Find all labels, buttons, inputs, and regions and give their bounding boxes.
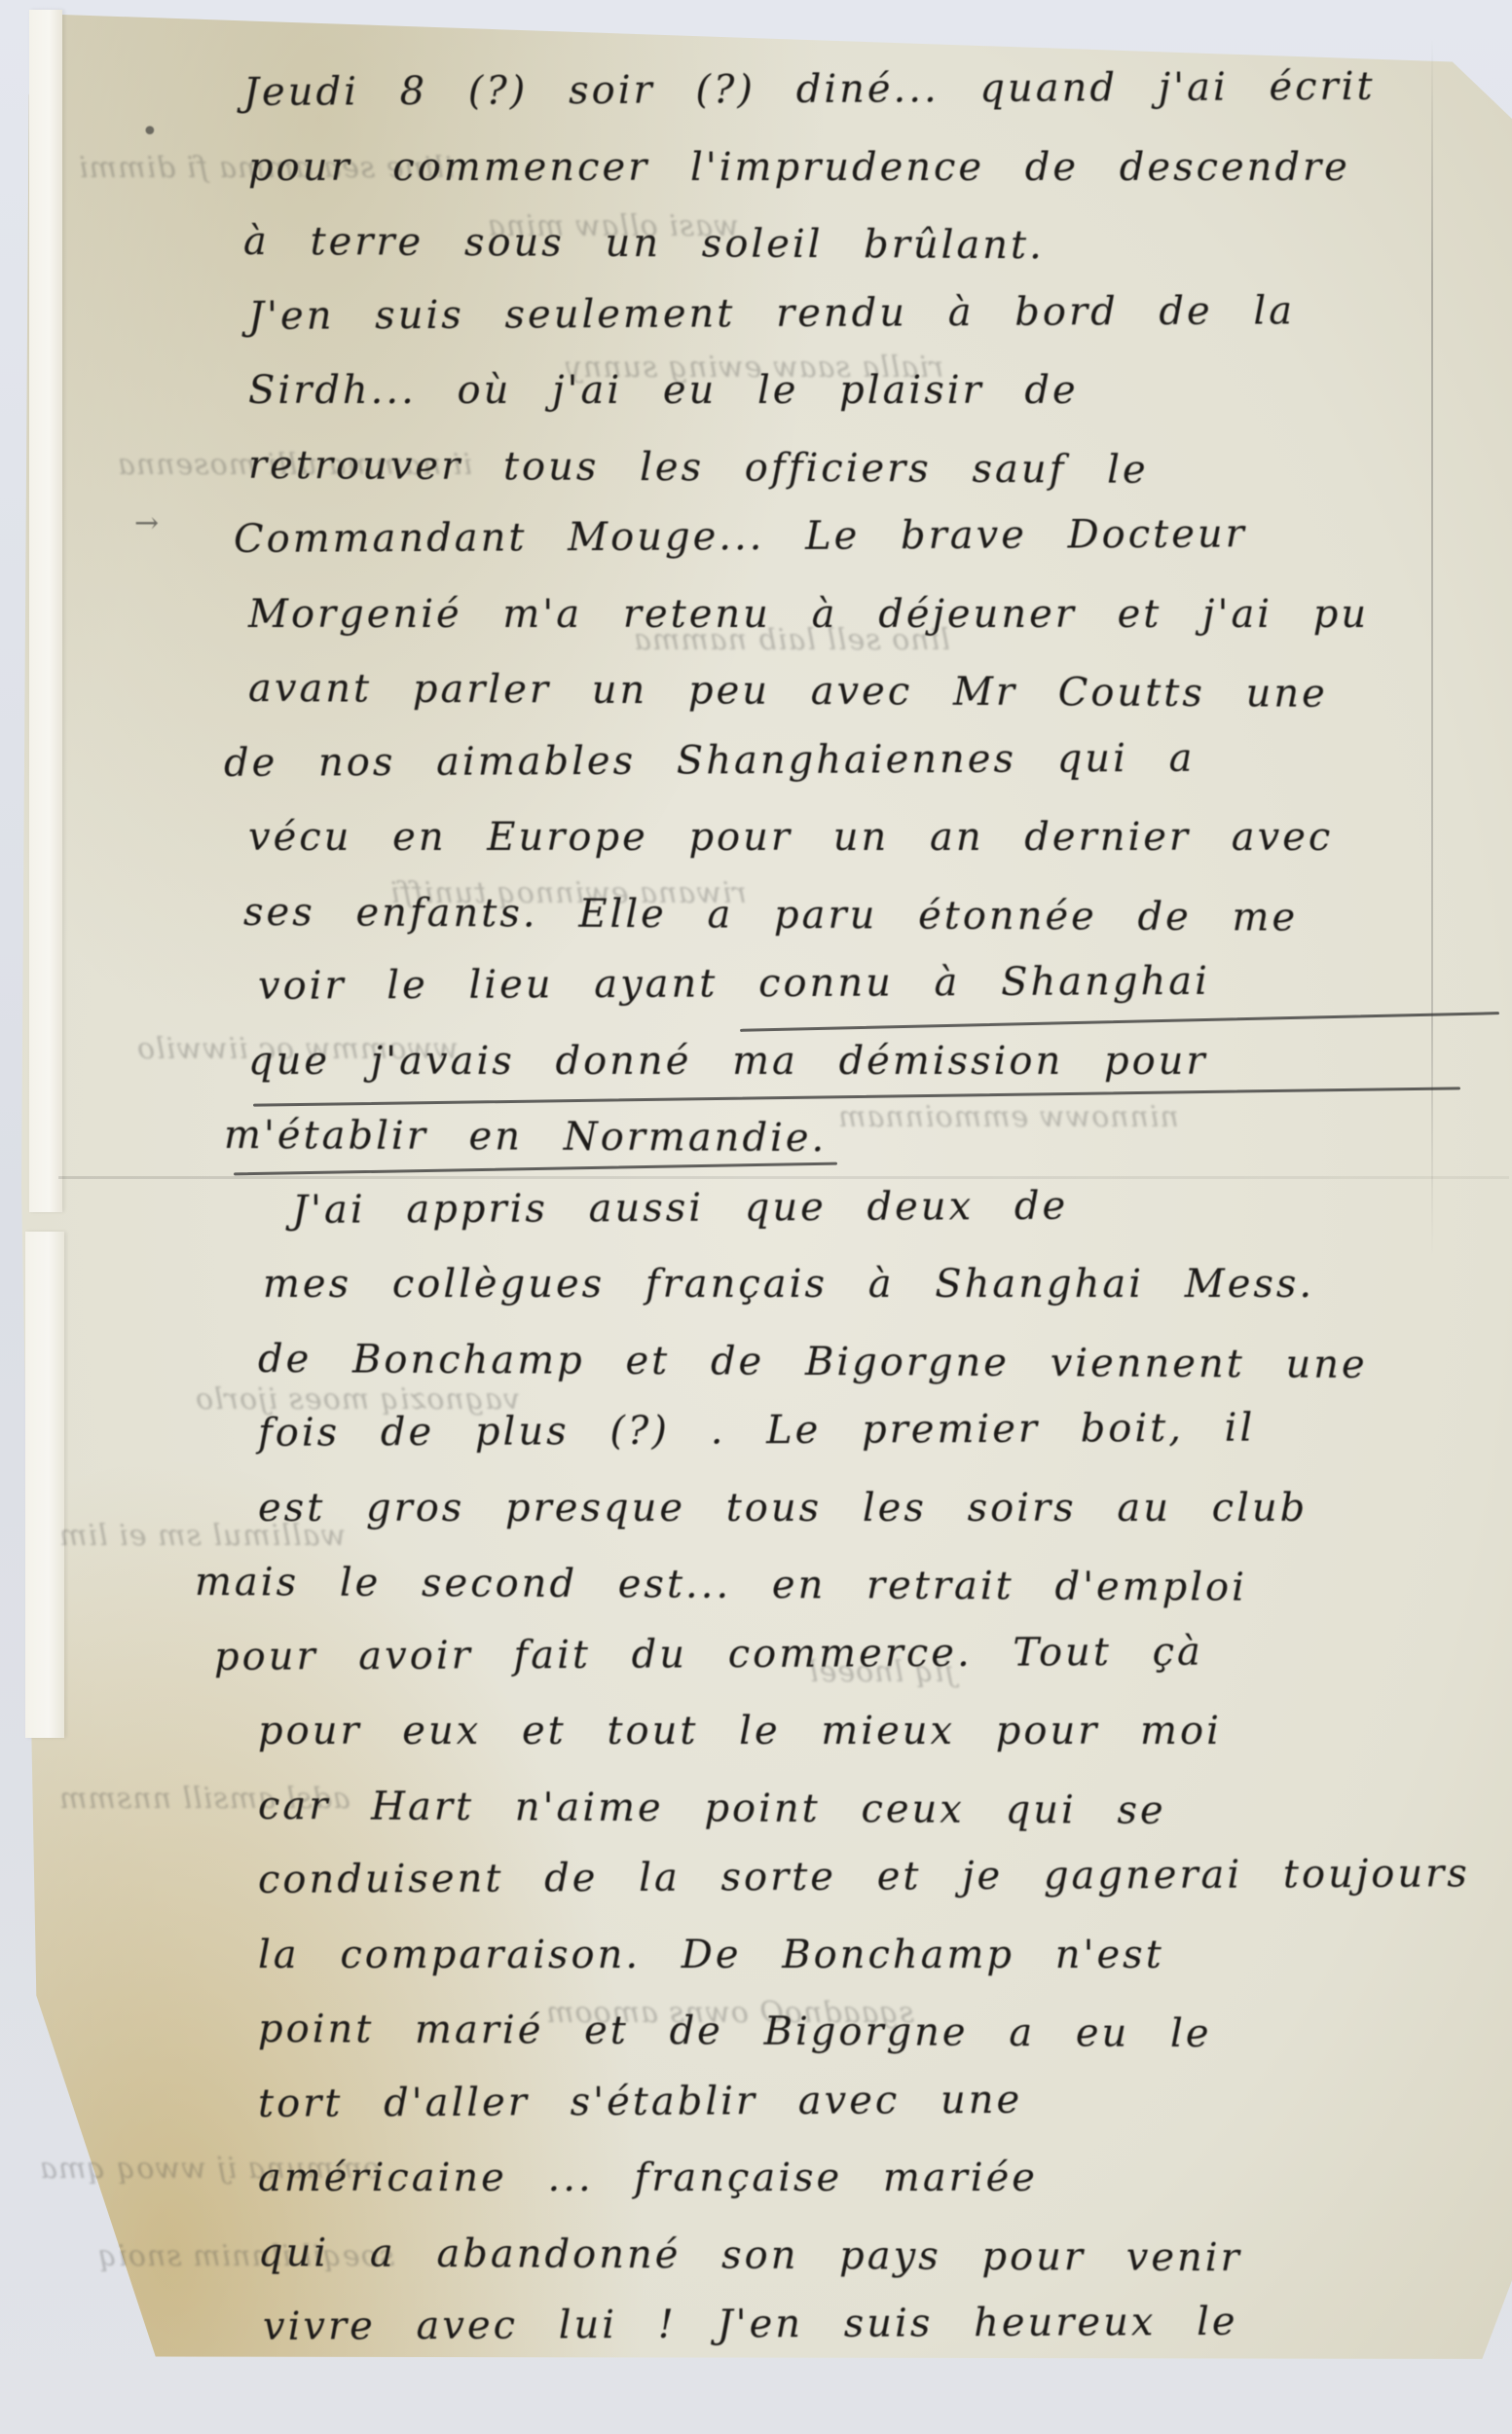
letter-line-28: tort d'aller s'établir avec une bbox=[258, 2077, 1022, 2125]
letter-line-8: Morgenié m'a retenu à déjeuner et j'ai p… bbox=[248, 592, 1369, 637]
letter-line-31: vivre avec lui ! J'en suis heureux le bbox=[263, 2300, 1238, 2349]
margin-dot: • bbox=[141, 115, 159, 149]
fold-crease bbox=[58, 1176, 1509, 1179]
letter-line-18: de Bonchamp et de Bigorgne viennent une bbox=[258, 1337, 1368, 1387]
letter-line-23: pour eux et tout le mieux pour moi bbox=[258, 1709, 1222, 1753]
letter-line-29: américaine ... française mariée bbox=[258, 2156, 1038, 2200]
letter-line-4: J'en suis seulement rendu à bord de la bbox=[248, 288, 1295, 339]
paper-edge-strip bbox=[29, 10, 62, 1212]
letter-line-19: fois de plus (?) . Le premier boit, il bbox=[258, 1406, 1255, 1456]
letter-line-9: avant parler un peu avec Mr Coutts une bbox=[248, 666, 1328, 717]
bleed-through-text: ninnoww emmoinnam bbox=[837, 1100, 1179, 1134]
letter-line-14: que j'avais donné ma démission pour bbox=[248, 1039, 1208, 1084]
letter-line-30: qui a abandonné son pays pour venir bbox=[258, 2231, 1242, 2280]
margin-rule bbox=[1431, 39, 1433, 1256]
margin-arrow: → bbox=[134, 506, 159, 540]
letter-line-6: retrouver tous les officiers sauf le bbox=[248, 443, 1149, 493]
letter-line-16: J'ai appris aussi que deux de bbox=[292, 1183, 1068, 1232]
letter-line-3: à terre sous un soleil brûlant. bbox=[243, 219, 1045, 268]
letter-line-15: m'établir en Normandie. bbox=[224, 1113, 827, 1161]
letter-line-13: voir le lieu ayant connu à Shanghai bbox=[258, 959, 1210, 1009]
letter-line-25: conduisent de la sorte et je gagnerai to… bbox=[258, 1851, 1470, 1902]
letter-line-11: vécu en Europe pour un an dernier avec bbox=[248, 815, 1333, 860]
letter-line-26: la comparaison. De Bonchamp n'est bbox=[258, 1933, 1164, 1977]
letter-line-24: car Hart n'aime point ceux qui se bbox=[258, 1784, 1166, 1833]
letter-line-12: ses enfants. Elle a paru étonnée de me bbox=[243, 890, 1298, 940]
letter-line-1: Jeudi 8 (?) soir (?) diné... quand j'ai … bbox=[243, 64, 1376, 115]
letter-line-10: de nos aimables Shanghaiennes qui a bbox=[224, 735, 1196, 785]
letter-line-20: est gros presque tous les soirs au club bbox=[258, 1486, 1308, 1530]
letter-line-7: Commandant Mouge... Le brave Docteur bbox=[234, 512, 1247, 562]
letter-line-27: point marié et de Bigorgne a eu le bbox=[258, 2007, 1212, 2056]
paper-edge-strip-lower bbox=[25, 1232, 64, 1738]
letter-line-21: mais le second est... en retrait d'emplo… bbox=[195, 1560, 1247, 1610]
letter-line-17: mes collègues français à Shanghai Mess. bbox=[263, 1262, 1314, 1307]
letter-line-2: pour commencer l'imprudence de descendre bbox=[248, 145, 1350, 190]
letter-line-22: pour avoir fait du commerce. Tout çà bbox=[214, 1629, 1203, 1678]
letter-line-5: Sirdh... où j'ai eu le plaisir de bbox=[248, 368, 1079, 413]
